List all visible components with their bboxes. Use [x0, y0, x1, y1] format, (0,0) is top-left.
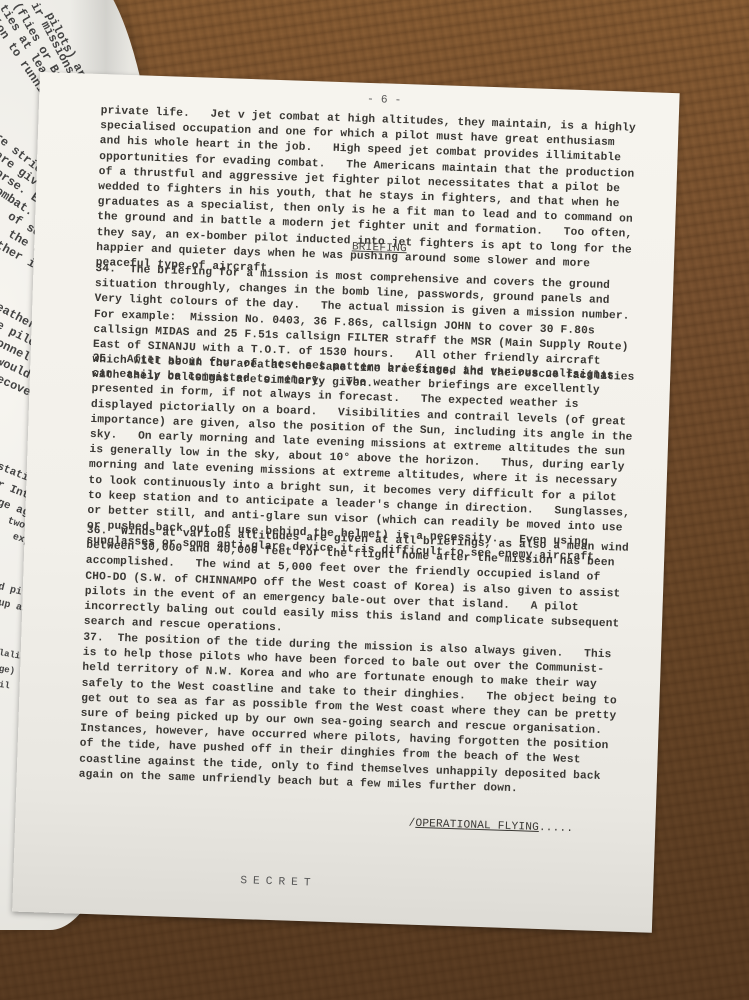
paragraph-37: 37. The position of the tide during the …: [78, 631, 649, 802]
next-section-title: OPERATIONAL FLYING: [415, 818, 539, 834]
continuation-dots: .....: [539, 822, 574, 835]
document-page: - 6 - private life. Jet v jet combat at …: [12, 72, 679, 933]
security-classification: SECRET: [240, 874, 317, 892]
page-content: - 6 - private life. Jet v jet combat at …: [74, 74, 668, 932]
paragraph-36: 36. Winds at various altitudes are given…: [84, 524, 653, 649]
continuation-catchword: /OPERATIONAL FLYING.....: [408, 817, 573, 838]
facing-page-text: il: [0, 678, 11, 694]
